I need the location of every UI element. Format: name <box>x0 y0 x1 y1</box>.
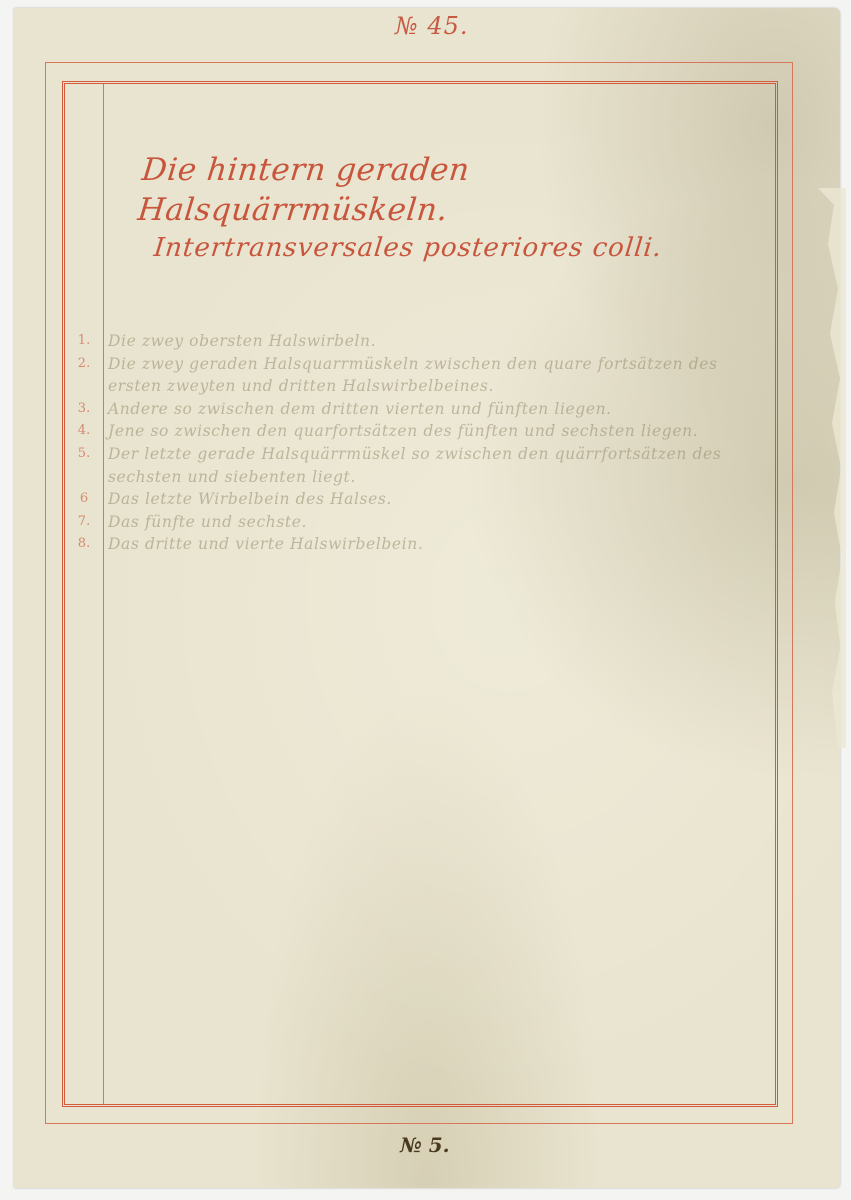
legend-entry: 6 Das letzte Wirbelbein des Halses. <box>70 488 770 511</box>
entry-number: 2. <box>70 353 98 375</box>
legend-entry: 2. Die zwey geraden Halsquarrmüskeln zwi… <box>70 353 770 398</box>
entry-text: Die zwey obersten Halswirbeln. <box>108 330 770 353</box>
margin-rule <box>103 84 104 1104</box>
entry-text: Die zwey geraden Halsquarrmüskeln zwisch… <box>108 353 770 398</box>
entry-number: 5. <box>70 443 98 465</box>
page-number-top: № 45. <box>395 12 535 40</box>
entry-number: 4. <box>70 420 98 442</box>
legend-entry: 4. Jene so zwischen den quarfortsätzen d… <box>70 420 770 443</box>
legend-entry: 5. Der letzte gerade Halsquärrmüskel so … <box>70 443 770 488</box>
entry-text: Andere so zwischen dem dritten vierten u… <box>108 398 770 421</box>
title-latin: Intertransversales posteriores colli. <box>138 230 762 266</box>
entry-text: Das letzte Wirbelbein des Halses. <box>108 488 770 511</box>
entry-text: Der letzte gerade Halsquärrmüskel so zwi… <box>108 443 770 488</box>
entry-text: Das fünfte und sechste. <box>108 511 770 534</box>
entry-number: 3. <box>70 398 98 420</box>
legend-entry: 8. Das dritte und vierte Halswirbelbein. <box>70 533 770 556</box>
entry-number: 7. <box>70 511 98 533</box>
page-number-bottom: № 5. <box>400 1133 480 1157</box>
entry-text: Das dritte und vierte Halswirbelbein. <box>108 533 770 556</box>
legend-entry: 3. Andere so zwischen dem dritten vierte… <box>70 398 770 421</box>
entry-number: 1. <box>70 330 98 352</box>
title-block: Die hintern geraden Halsquärrmüskeln. In… <box>140 150 760 266</box>
legend-list: 1. Die zwey obersten Halswirbeln. 2. Die… <box>70 330 770 556</box>
legend-entry: 1. Die zwey obersten Halswirbeln. <box>70 330 770 353</box>
torn-paper-edge <box>806 188 846 748</box>
entry-text: Jene so zwischen den quarfortsätzen des … <box>108 420 770 443</box>
entry-number: 6 <box>70 488 98 510</box>
title-german: Die hintern geraden Halsquärrmüskeln. <box>136 150 764 230</box>
entry-number: 8. <box>70 533 98 555</box>
legend-entry: 7. Das fünfte und sechste. <box>70 511 770 534</box>
